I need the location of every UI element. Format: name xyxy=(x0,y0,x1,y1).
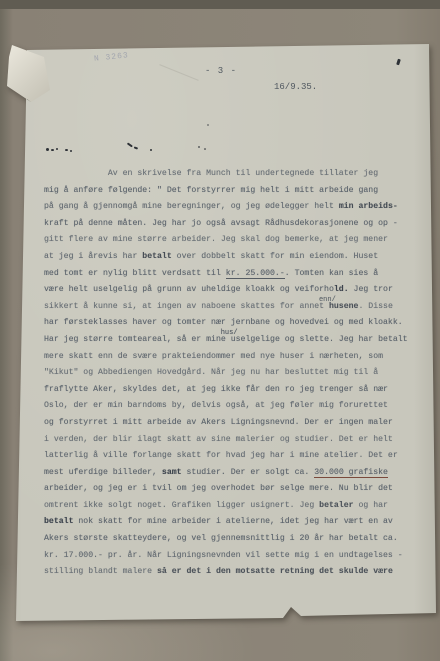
page-number: - 3 - xyxy=(205,66,237,76)
typed-line: og forstyrret i mitt arbeide av Akers Li… xyxy=(44,415,426,432)
typed-line: gitt flere av mine større arbeider. Jeg … xyxy=(44,232,426,249)
typed-line: "Kikut" og Abbediengen Hovedgård. Når je… xyxy=(44,365,426,382)
archive-pencil-mark: N 3263 xyxy=(94,51,130,64)
typed-line: mest uferdige billeder, samt studier. De… xyxy=(44,465,426,482)
ink-speck xyxy=(198,146,200,148)
typed-line: være helt uselgelig på grunn av uheldige… xyxy=(44,282,426,299)
ink-speck xyxy=(56,148,58,150)
typed-line: med tomt er nylig blitt verdsatt til kr.… xyxy=(44,266,426,283)
typed-line: latterlig å ville forlange skatt for hva… xyxy=(44,448,426,465)
ink-speck xyxy=(70,150,72,152)
typed-line: omtrent ikke solgt noget. Grafiken ligge… xyxy=(44,498,426,515)
typed-line: på gang å gjennomgå mine beregninger, og… xyxy=(44,199,426,216)
ink-speck xyxy=(46,148,49,151)
typed-line: kraft på denne måten. Jeg har jo også av… xyxy=(44,216,426,233)
corner-ink-mark xyxy=(396,59,401,66)
typed-line: Har jeg større tomteareal, så er mine hu… xyxy=(44,332,426,349)
ink-speck xyxy=(51,149,54,151)
ink-speck xyxy=(207,124,209,126)
ink-stroke xyxy=(134,146,138,149)
typed-line: Oslo, der er min barndoms by, delvis ogs… xyxy=(44,398,426,415)
typed-line: mig å anføre følgende: " Det forstyrrer … xyxy=(44,183,426,200)
typed-line: sikkert å kunne si, at ingen av naboene … xyxy=(44,299,426,316)
paper-sheet: N 3263 - 3 - 16/9.35. Av en skrivelse fr… xyxy=(0,0,440,661)
typed-line: Akers største skatteydere, og vel gjenne… xyxy=(44,531,426,548)
typed-line: i verden, der blir ilagt skatt av sine m… xyxy=(44,432,426,449)
ink-speck xyxy=(65,149,68,151)
typed-line: Av en skrivelse fra Munch til undertegne… xyxy=(44,166,426,183)
scanned-letter: N 3263 - 3 - 16/9.35. Av en skrivelse fr… xyxy=(0,0,440,661)
ink-stroke xyxy=(127,142,133,147)
typed-line: arbeider, og jeg er i tvil om jeg overho… xyxy=(44,481,426,498)
letter-date: 16/9.35. xyxy=(274,82,317,92)
ink-speck xyxy=(150,149,152,151)
typed-line: betalt nok skatt for mine arbeider i ate… xyxy=(44,514,426,531)
typed-line: fraflytte Aker, skyldes det, at jeg ikke… xyxy=(44,382,426,399)
typed-text: Av en skrivelse fra Munch til undertegne… xyxy=(44,166,426,581)
typed-line: at jeg i årevis har betalt over dobbelt … xyxy=(44,249,426,266)
paper-scratch xyxy=(159,64,198,81)
typed-line: mere skatt enn de svære prakteiendommer … xyxy=(44,349,426,366)
typed-line: kr. 17.000.- pr. år. Når Ligningsnevnden… xyxy=(44,548,426,565)
ink-speck xyxy=(204,148,206,150)
typed-line: stilling blandt malere så er det i den m… xyxy=(44,564,426,581)
